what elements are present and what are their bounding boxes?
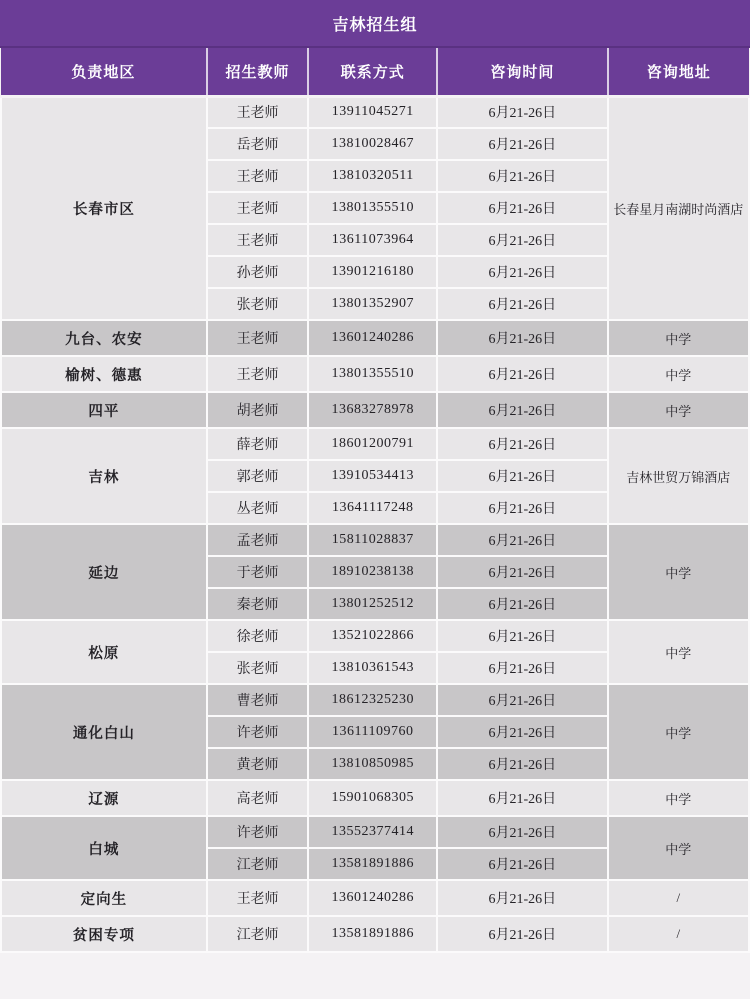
table-title-text: 吉林招生组 <box>332 12 417 35</box>
recruitment-table-page: 吉林招生组 负责地区招生教师联系方式咨询时间咨询地址 长春市区王老师139110… <box>0 0 750 999</box>
region-cell: 延边 <box>1 524 207 620</box>
phone-cell: 13801355510 <box>308 356 437 392</box>
phone-cell: 13810320511 <box>308 160 437 192</box>
phone-cell: 13552377414 <box>308 816 437 848</box>
time-cell: 6月21-26日 <box>437 684 608 716</box>
region-cell: 长春市区 <box>1 96 207 320</box>
phone-cell: 13810850985 <box>308 748 437 780</box>
teacher-cell: 王老师 <box>207 356 309 392</box>
time-cell: 6月21-26日 <box>437 96 608 128</box>
phone-cell: 18601200791 <box>308 428 437 460</box>
recruitment-table: 负责地区招生教师联系方式咨询时间咨询地址 长春市区王老师139110452716… <box>0 48 750 953</box>
address-cell: 中学 <box>608 620 749 684</box>
time-cell: 6月21-26日 <box>437 356 608 392</box>
time-cell: 6月21-26日 <box>437 256 608 288</box>
phone-cell: 13601240286 <box>308 320 437 356</box>
table-row: 白城许老师135523774146月21-26日中学 <box>1 816 749 848</box>
teacher-cell: 王老师 <box>207 160 309 192</box>
column-header: 咨询时间 <box>437 48 608 96</box>
phone-cell: 13801355510 <box>308 192 437 224</box>
time-cell: 6月21-26日 <box>437 192 608 224</box>
address-cell: / <box>608 916 749 952</box>
phone-cell: 13521022866 <box>308 620 437 652</box>
table-row: 定向生王老师136012402866月21-26日/ <box>1 880 749 916</box>
phone-cell: 13581891886 <box>308 916 437 952</box>
phone-cell: 18910238138 <box>308 556 437 588</box>
table-row: 长春市区王老师139110452716月21-26日长春星月南湖时尚酒店 <box>1 96 749 128</box>
address-cell: 中学 <box>608 524 749 620</box>
column-header: 联系方式 <box>308 48 437 96</box>
teacher-cell: 胡老师 <box>207 392 309 428</box>
time-cell: 6月21-26日 <box>437 620 608 652</box>
teacher-cell: 孟老师 <box>207 524 309 556</box>
phone-cell: 13810361543 <box>308 652 437 684</box>
table-row: 辽源高老师159010683056月21-26日中学 <box>1 780 749 816</box>
table-row: 延边孟老师158110288376月21-26日中学 <box>1 524 749 556</box>
table-body: 长春市区王老师139110452716月21-26日长春星月南湖时尚酒店岳老师1… <box>1 96 749 952</box>
region-cell: 九台、农安 <box>1 320 207 356</box>
address-cell: 中学 <box>608 392 749 428</box>
time-cell: 6月21-26日 <box>437 428 608 460</box>
teacher-cell: 江老师 <box>207 916 309 952</box>
teacher-cell: 丛老师 <box>207 492 309 524</box>
table-row: 榆树、德惠王老师138013555106月21-26日中学 <box>1 356 749 392</box>
teacher-cell: 孙老师 <box>207 256 309 288</box>
teacher-cell: 江老师 <box>207 848 309 880</box>
time-cell: 6月21-26日 <box>437 916 608 952</box>
time-cell: 6月21-26日 <box>437 288 608 320</box>
time-cell: 6月21-26日 <box>437 588 608 620</box>
time-cell: 6月21-26日 <box>437 816 608 848</box>
phone-cell: 13901216180 <box>308 256 437 288</box>
address-cell: 中学 <box>608 816 749 880</box>
region-cell: 辽源 <box>1 780 207 816</box>
time-cell: 6月21-26日 <box>437 224 608 256</box>
table-header: 负责地区招生教师联系方式咨询时间咨询地址 <box>1 48 749 96</box>
time-cell: 6月21-26日 <box>437 320 608 356</box>
address-cell: 中学 <box>608 684 749 780</box>
teacher-cell: 秦老师 <box>207 588 309 620</box>
phone-cell: 13810028467 <box>308 128 437 160</box>
phone-cell: 13683278978 <box>308 392 437 428</box>
region-cell: 定向生 <box>1 880 207 916</box>
teacher-cell: 张老师 <box>207 652 309 684</box>
phone-cell: 13801352907 <box>308 288 437 320</box>
phone-cell: 13581891886 <box>308 848 437 880</box>
column-header: 咨询地址 <box>608 48 749 96</box>
teacher-cell: 王老师 <box>207 880 309 916</box>
address-cell: 中学 <box>608 356 749 392</box>
table-title: 吉林招生组 <box>0 0 750 48</box>
table-row: 四平胡老师136832789786月21-26日中学 <box>1 392 749 428</box>
phone-cell: 13611109760 <box>308 716 437 748</box>
table-row: 松原徐老师135210228666月21-26日中学 <box>1 620 749 652</box>
region-cell: 白城 <box>1 816 207 880</box>
teacher-cell: 郭老师 <box>207 460 309 492</box>
time-cell: 6月21-26日 <box>437 848 608 880</box>
teacher-cell: 许老师 <box>207 816 309 848</box>
column-header: 负责地区 <box>1 48 207 96</box>
table-row: 贫困专项江老师135818918866月21-26日/ <box>1 916 749 952</box>
teacher-cell: 王老师 <box>207 320 309 356</box>
table-row: 吉林薛老师186012007916月21-26日吉林世贸万锦酒店 <box>1 428 749 460</box>
region-cell: 松原 <box>1 620 207 684</box>
time-cell: 6月21-26日 <box>437 880 608 916</box>
time-cell: 6月21-26日 <box>437 652 608 684</box>
time-cell: 6月21-26日 <box>437 748 608 780</box>
teacher-cell: 徐老师 <box>207 620 309 652</box>
time-cell: 6月21-26日 <box>437 460 608 492</box>
teacher-cell: 岳老师 <box>207 128 309 160</box>
phone-cell: 18612325230 <box>308 684 437 716</box>
phone-cell: 13801252512 <box>308 588 437 620</box>
time-cell: 6月21-26日 <box>437 524 608 556</box>
teacher-cell: 黄老师 <box>207 748 309 780</box>
phone-cell: 15811028837 <box>308 524 437 556</box>
time-cell: 6月21-26日 <box>437 128 608 160</box>
time-cell: 6月21-26日 <box>437 716 608 748</box>
teacher-cell: 王老师 <box>207 192 309 224</box>
address-cell: 长春星月南湖时尚酒店 <box>608 96 749 320</box>
teacher-cell: 王老师 <box>207 224 309 256</box>
address-cell: 中学 <box>608 780 749 816</box>
table-row: 九台、农安王老师136012402866月21-26日中学 <box>1 320 749 356</box>
region-cell: 吉林 <box>1 428 207 524</box>
teacher-cell: 于老师 <box>207 556 309 588</box>
table-header-row: 负责地区招生教师联系方式咨询时间咨询地址 <box>1 48 749 96</box>
time-cell: 6月21-26日 <box>437 160 608 192</box>
table-row: 通化白山曹老师186123252306月21-26日中学 <box>1 684 749 716</box>
phone-cell: 13910534413 <box>308 460 437 492</box>
teacher-cell: 薛老师 <box>207 428 309 460</box>
region-cell: 通化白山 <box>1 684 207 780</box>
phone-cell: 13641117248 <box>308 492 437 524</box>
address-cell: 吉林世贸万锦酒店 <box>608 428 749 524</box>
region-cell: 榆树、德惠 <box>1 356 207 392</box>
time-cell: 6月21-26日 <box>437 492 608 524</box>
teacher-cell: 曹老师 <box>207 684 309 716</box>
phone-cell: 13601240286 <box>308 880 437 916</box>
time-cell: 6月21-26日 <box>437 556 608 588</box>
phone-cell: 13911045271 <box>308 96 437 128</box>
phone-cell: 13611073964 <box>308 224 437 256</box>
teacher-cell: 王老师 <box>207 96 309 128</box>
column-header: 招生教师 <box>207 48 309 96</box>
address-cell: 中学 <box>608 320 749 356</box>
phone-cell: 15901068305 <box>308 780 437 816</box>
time-cell: 6月21-26日 <box>437 392 608 428</box>
address-cell: / <box>608 880 749 916</box>
teacher-cell: 高老师 <box>207 780 309 816</box>
teacher-cell: 张老师 <box>207 288 309 320</box>
region-cell: 贫困专项 <box>1 916 207 952</box>
region-cell: 四平 <box>1 392 207 428</box>
time-cell: 6月21-26日 <box>437 780 608 816</box>
teacher-cell: 许老师 <box>207 716 309 748</box>
